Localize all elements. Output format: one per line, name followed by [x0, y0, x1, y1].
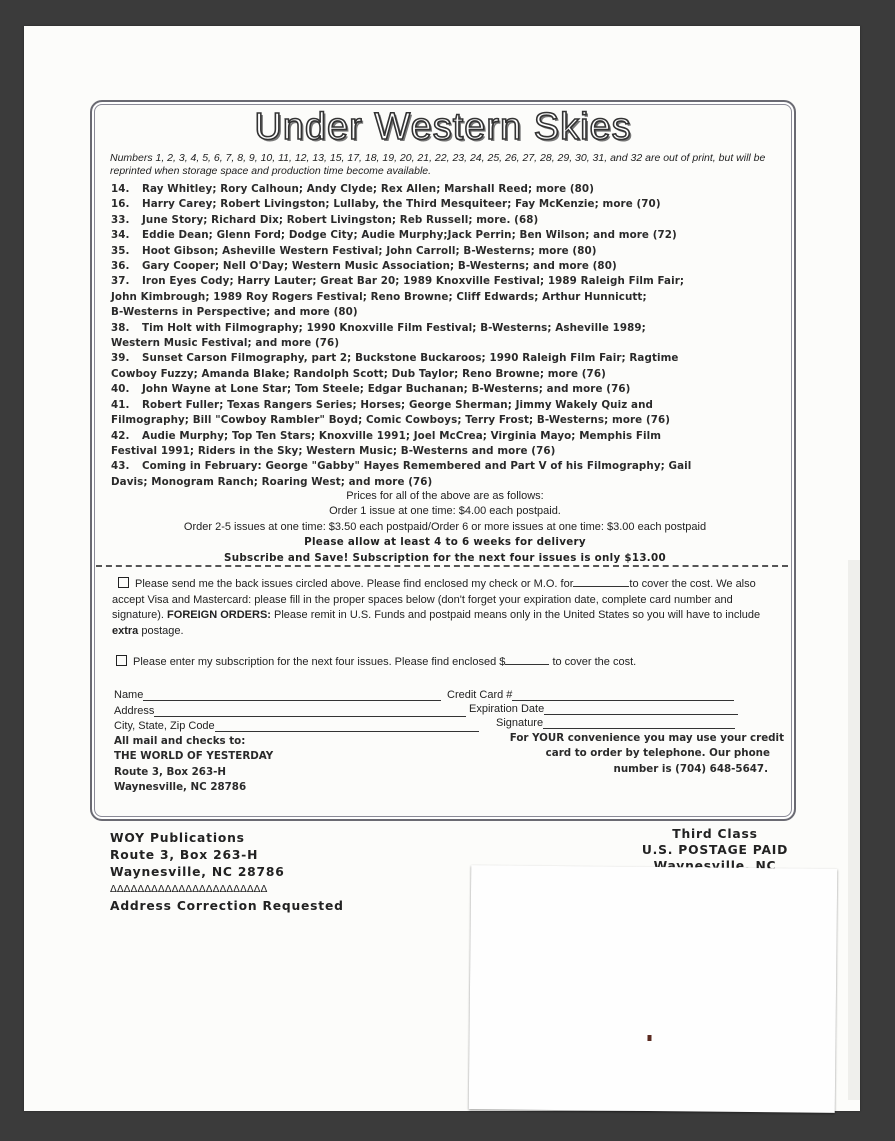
postage-indicia: Third Class U.S. POSTAGE PAID Waynesvill…: [620, 826, 810, 872]
mailing-label-sticker: [469, 865, 838, 1113]
issue-number: 37.: [111, 274, 142, 289]
return-address: WOY Publications Route 3, Box 263-H Wayn…: [110, 830, 344, 915]
subscription-amount-blank[interactable]: [505, 655, 549, 665]
issue-line: B-Westerns in Perspective; and more (80): [111, 305, 791, 320]
signature-field[interactable]: Signature: [496, 717, 735, 729]
issue-line: 16.Harry Carey; Robert Livingston; Lulla…: [111, 197, 791, 212]
mailing-address: All mail and checks to: THE WORLD OF YES…: [114, 734, 273, 796]
phone-order-note: For YOUR convenience you may use your cr…: [470, 731, 784, 777]
issue-number: 33.: [111, 213, 142, 228]
issue-line: 35.Hoot Gibson; Asheville Western Festiv…: [111, 244, 791, 259]
delivery-note: Please allow at least 4 to 6 weeks for d…: [100, 535, 790, 550]
city-state-zip-field[interactable]: City, State, Zip Code: [114, 720, 479, 732]
issue-line: 37.Iron Eyes Cody; Harry Lauter; Great B…: [111, 274, 791, 289]
credit-card-field[interactable]: Credit Card #: [447, 689, 734, 701]
issue-number: 39.: [111, 351, 142, 366]
page-title: Under Western Skies: [92, 106, 794, 149]
issue-number: 35.: [111, 244, 142, 259]
issue-line: 42.Audie Murphy; Top Ten Stars; Knoxvill…: [111, 429, 791, 444]
issue-number: 42.: [111, 429, 142, 444]
issue-line: Filmography; Bill "Cowboy Rambler" Boyd;…: [111, 413, 791, 428]
back-issues-list: 14.Ray Whitley; Rory Calhoun; Andy Clyde…: [111, 182, 791, 490]
amount-blank[interactable]: [573, 577, 629, 587]
out-of-print-note: Numbers 1, 2, 3, 4, 5, 6, 7, 8, 9, 10, 1…: [110, 152, 790, 178]
prices-heading: Prices for all of the above are as follo…: [100, 489, 790, 504]
issue-number: 14.: [111, 182, 142, 197]
triangle-row: ΔΔΔΔΔΔΔΔΔΔΔΔΔΔΔΔΔΔΔΔΔΔΔ: [110, 881, 344, 898]
cut-line: [96, 565, 788, 567]
name-field[interactable]: Name: [114, 689, 441, 701]
issue-line: Cowboy Fuzzy; Amanda Blake; Randolph Sco…: [111, 367, 791, 382]
issue-line: 33.June Story; Richard Dix; Robert Livin…: [111, 213, 791, 228]
issue-number: 40.: [111, 382, 142, 397]
issue-line: 43.Coming in February: George "Gabby" Ha…: [111, 459, 791, 474]
issue-number: 34.: [111, 228, 142, 243]
back-issues-order-text: Please send me the back issues circled a…: [112, 577, 780, 639]
issue-line: 41.Robert Fuller; Texas Rangers Series; …: [111, 398, 791, 413]
issue-number: 43.: [111, 459, 142, 474]
price-list: Prices for all of the above are as follo…: [100, 489, 790, 566]
price-single: Order 1 issue at one time: $4.00 each po…: [100, 504, 790, 519]
subscription-checkbox[interactable]: [116, 655, 127, 666]
subscription-order-text: Please enter my subscription for the nex…: [112, 655, 636, 668]
issue-line: Davis; Monogram Ranch; Roaring West; and…: [111, 475, 791, 490]
issue-line: 40.John Wayne at Lone Star; Tom Steele; …: [111, 382, 791, 397]
issue-line: Festival 1991; Riders in the Sky; Wester…: [111, 444, 791, 459]
page-edge: [848, 560, 860, 1100]
ink-mark: [647, 1035, 651, 1041]
issue-number: 38.: [111, 321, 142, 336]
issue-line: Western Music Festival; and more (76): [111, 336, 791, 351]
issue-number: 41.: [111, 398, 142, 413]
issue-line: 36.Gary Cooper; Nell O'Day; Western Musi…: [111, 259, 791, 274]
address-field[interactable]: Address: [114, 705, 466, 717]
issue-number: 36.: [111, 259, 142, 274]
back-issues-checkbox[interactable]: [118, 577, 129, 588]
issue-line: 14.Ray Whitley; Rory Calhoun; Andy Clyde…: [111, 182, 791, 197]
issue-line: 34.Eddie Dean; Glenn Ford; Dodge City; A…: [111, 228, 791, 243]
issue-line: John Kimbrough; 1989 Roy Rogers Festival…: [111, 290, 791, 305]
issue-number: 16.: [111, 197, 142, 212]
subscription-offer: Subscribe and Save! Subscription for the…: [100, 551, 790, 566]
issue-line: 38.Tim Holt with Filmography; 1990 Knoxv…: [111, 321, 791, 336]
issue-line: 39.Sunset Carson Filmography, part 2; Bu…: [111, 351, 791, 366]
price-multi: Order 2-5 issues at one time: $3.50 each…: [100, 520, 790, 535]
expiration-date-field[interactable]: Expiration Date: [469, 703, 738, 715]
